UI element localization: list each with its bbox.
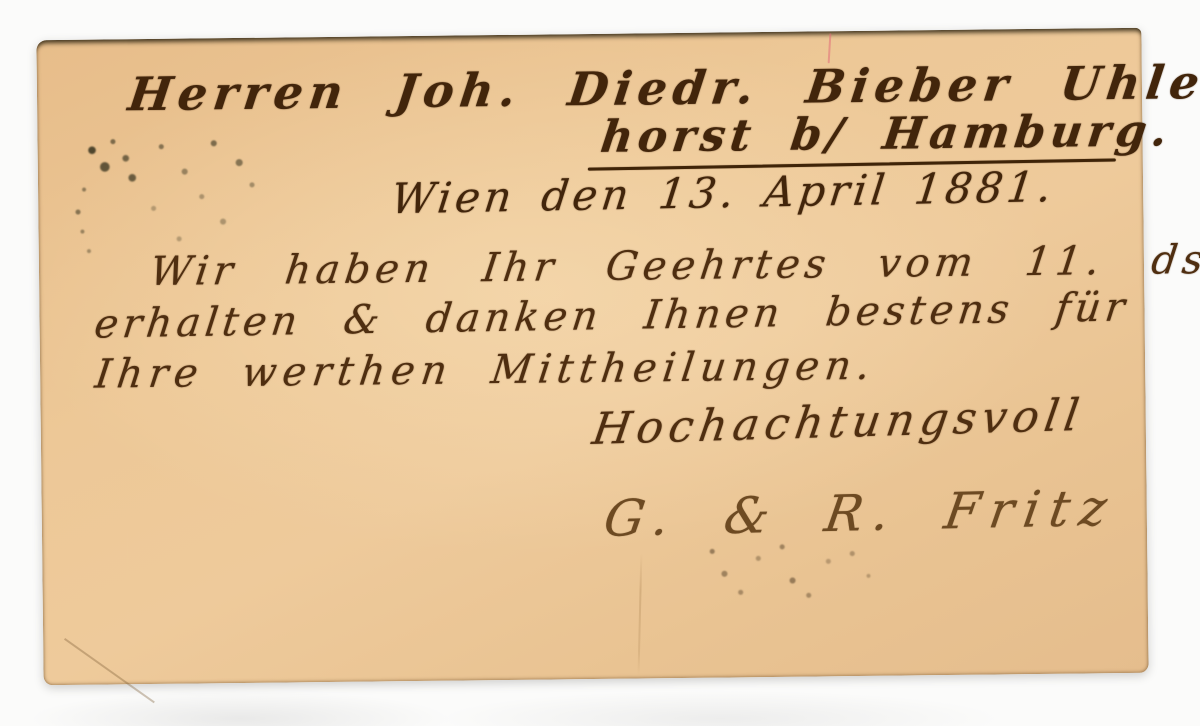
scan-background: Herren Joh. Diedr. Bieber Uhlen- horst b… <box>0 0 1200 726</box>
address-line-2: horst b/ Hamburg. <box>598 105 1175 163</box>
closing-line: Hochachtungsvoll <box>589 390 1087 455</box>
paper-crease <box>637 553 642 675</box>
body-line-3: Ihre werthen Mittheilungen. <box>92 343 878 398</box>
stamp-residue-smudge <box>692 531 893 608</box>
hairline-scratch <box>64 638 155 703</box>
dateline: Wien den 13. April 1881. <box>388 162 1058 223</box>
body-line-2: erhalten & danken Ihnen bestens für <box>92 284 1132 347</box>
postcard: Herren Joh. Diedr. Bieber Uhlen- horst b… <box>36 28 1148 685</box>
